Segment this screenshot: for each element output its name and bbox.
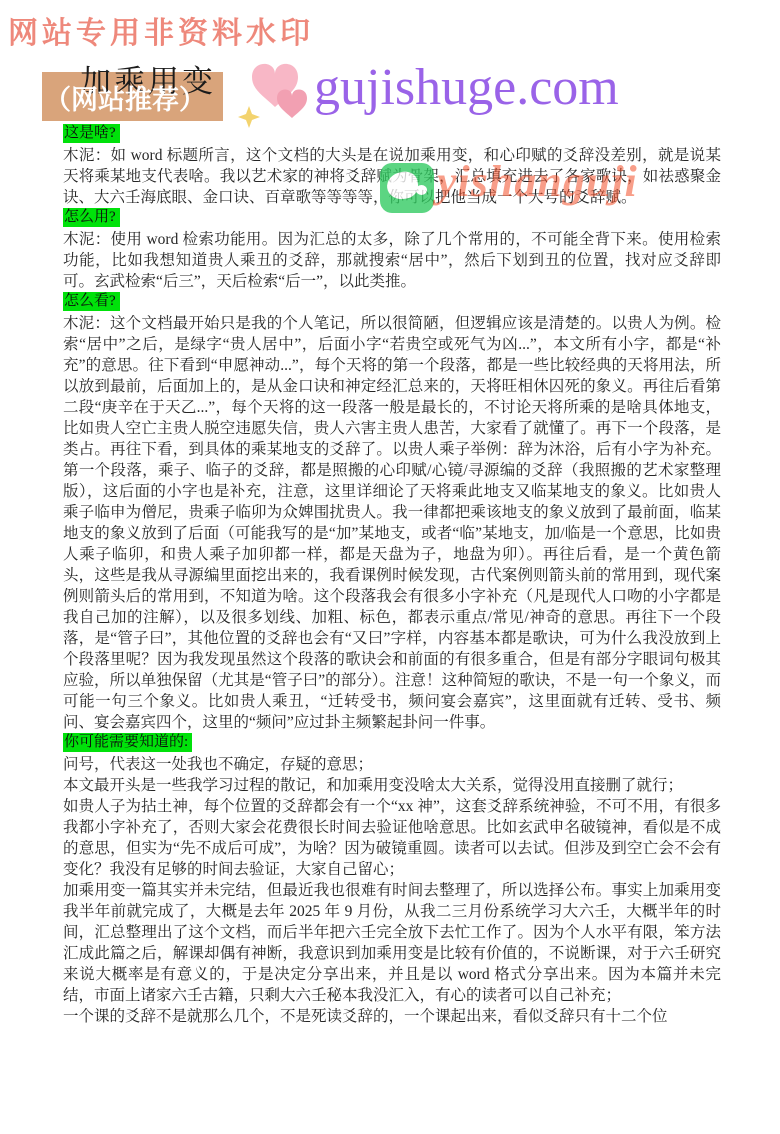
site-badge-label: （网站推荐） — [44, 78, 206, 117]
section-header-things-to-know: 你可能需要知道的: — [63, 733, 192, 752]
section-how-to-use: 怎么用? 木泥：使用 word 检索功能用。因为汇总的太多，除了几个常用的，不可… — [63, 208, 721, 292]
section-how-to-read: 怎么看? 木泥：这个文档最开始只是我的个人笔记，所以很简陋，但逻辑应该是清楚的。… — [63, 292, 721, 733]
paragraph: 如贵人子为拈土神，每个位置的爻辞都会有一个“xx 神”，这套爻辞系统神验，不可不… — [63, 796, 721, 880]
document-page: 网站专用非资料水印 加乘用变 （网站推荐） gujishuge.com yish… — [0, 0, 780, 1134]
paragraph: 问号，代表这一处我也不确定，存疑的意思； — [63, 754, 721, 775]
section-header-how-to-use: 怎么用? — [63, 208, 120, 227]
paragraph: 一个课的爻辞不是就那么几个，不是死读爻辞的，一个课起出来，看似爻辞只有十二个位 — [63, 1006, 721, 1027]
paragraph: 木泥：这个文档最开始只是我的个人笔记，所以很简陋，但逻辑应该是清楚的。以贵人为例… — [63, 313, 721, 733]
paragraph: 加乘用变一篇其实并未完结，但最近我也很难有时间去整理了，所以选择公布。事实上加乘… — [63, 880, 721, 1006]
hearts-logo-icon — [236, 50, 314, 128]
section-what-is-this: 这是啥? 木泥：如 word 标题所言，这个文档的大头是在说加乘用变，和心印赋的… — [63, 124, 721, 208]
top-watermark-text: 网站专用非资料水印 — [8, 8, 314, 52]
paragraph: 本文最开头是一些我学习过程的散记，和加乘用变没啥太大关系，觉得没用直接删了就行； — [63, 775, 721, 796]
content-area: 这是啥? 木泥：如 word 标题所言，这个文档的大头是在说加乘用变，和心印赋的… — [63, 124, 721, 1027]
section-things-to-know: 你可能需要知道的: 问号，代表这一处我也不确定，存疑的意思； 本文最开头是一些我… — [63, 733, 721, 1027]
site-logo-text: gujishuge.com — [314, 58, 619, 117]
section-header-how-to-read: 怎么看? — [63, 292, 120, 311]
section-header-what-is-this: 这是啥? — [63, 124, 120, 143]
paragraph: 木泥：如 word 标题所言，这个文档的大头是在说加乘用变，和心印赋的爻辞没差别… — [63, 145, 721, 208]
paragraph: 木泥：使用 word 检索功能用。因为汇总的太多，除了几个常用的，不可能全背下来… — [63, 229, 721, 292]
